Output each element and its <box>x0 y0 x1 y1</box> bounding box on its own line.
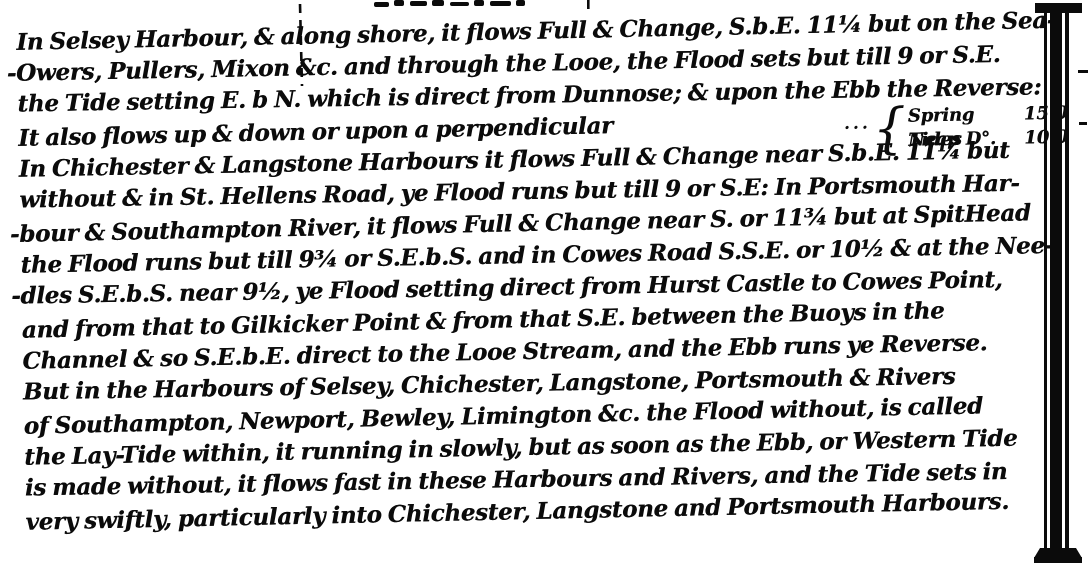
border-column-left-stripe <box>1044 12 1047 550</box>
border-column-thick-stripe <box>1050 12 1062 550</box>
neap-tides-label: Neap D°. <box>908 127 1012 153</box>
border-tick-mark <box>1078 70 1088 73</box>
tide-note-leader-dots: ... <box>844 113 871 134</box>
border-bottom-plinth <box>1034 557 1082 563</box>
tide-note-brace: { <box>872 104 906 155</box>
border-tick-mark <box>1079 122 1087 125</box>
chart-text-panel: In Selsey Harbour, & along shore, it flo… <box>0 0 1092 570</box>
tide-directions-text: In Selsey Harbour, & along shore, it flo… <box>6 6 1050 538</box>
cropped-line-fragment <box>360 0 560 10</box>
border-top-cap <box>1035 3 1082 13</box>
meridian-tick <box>584 0 592 12</box>
right-border-ornament <box>1034 0 1092 570</box>
border-column-right-stripe <box>1065 12 1069 550</box>
border-bottom-base <box>1034 548 1082 558</box>
